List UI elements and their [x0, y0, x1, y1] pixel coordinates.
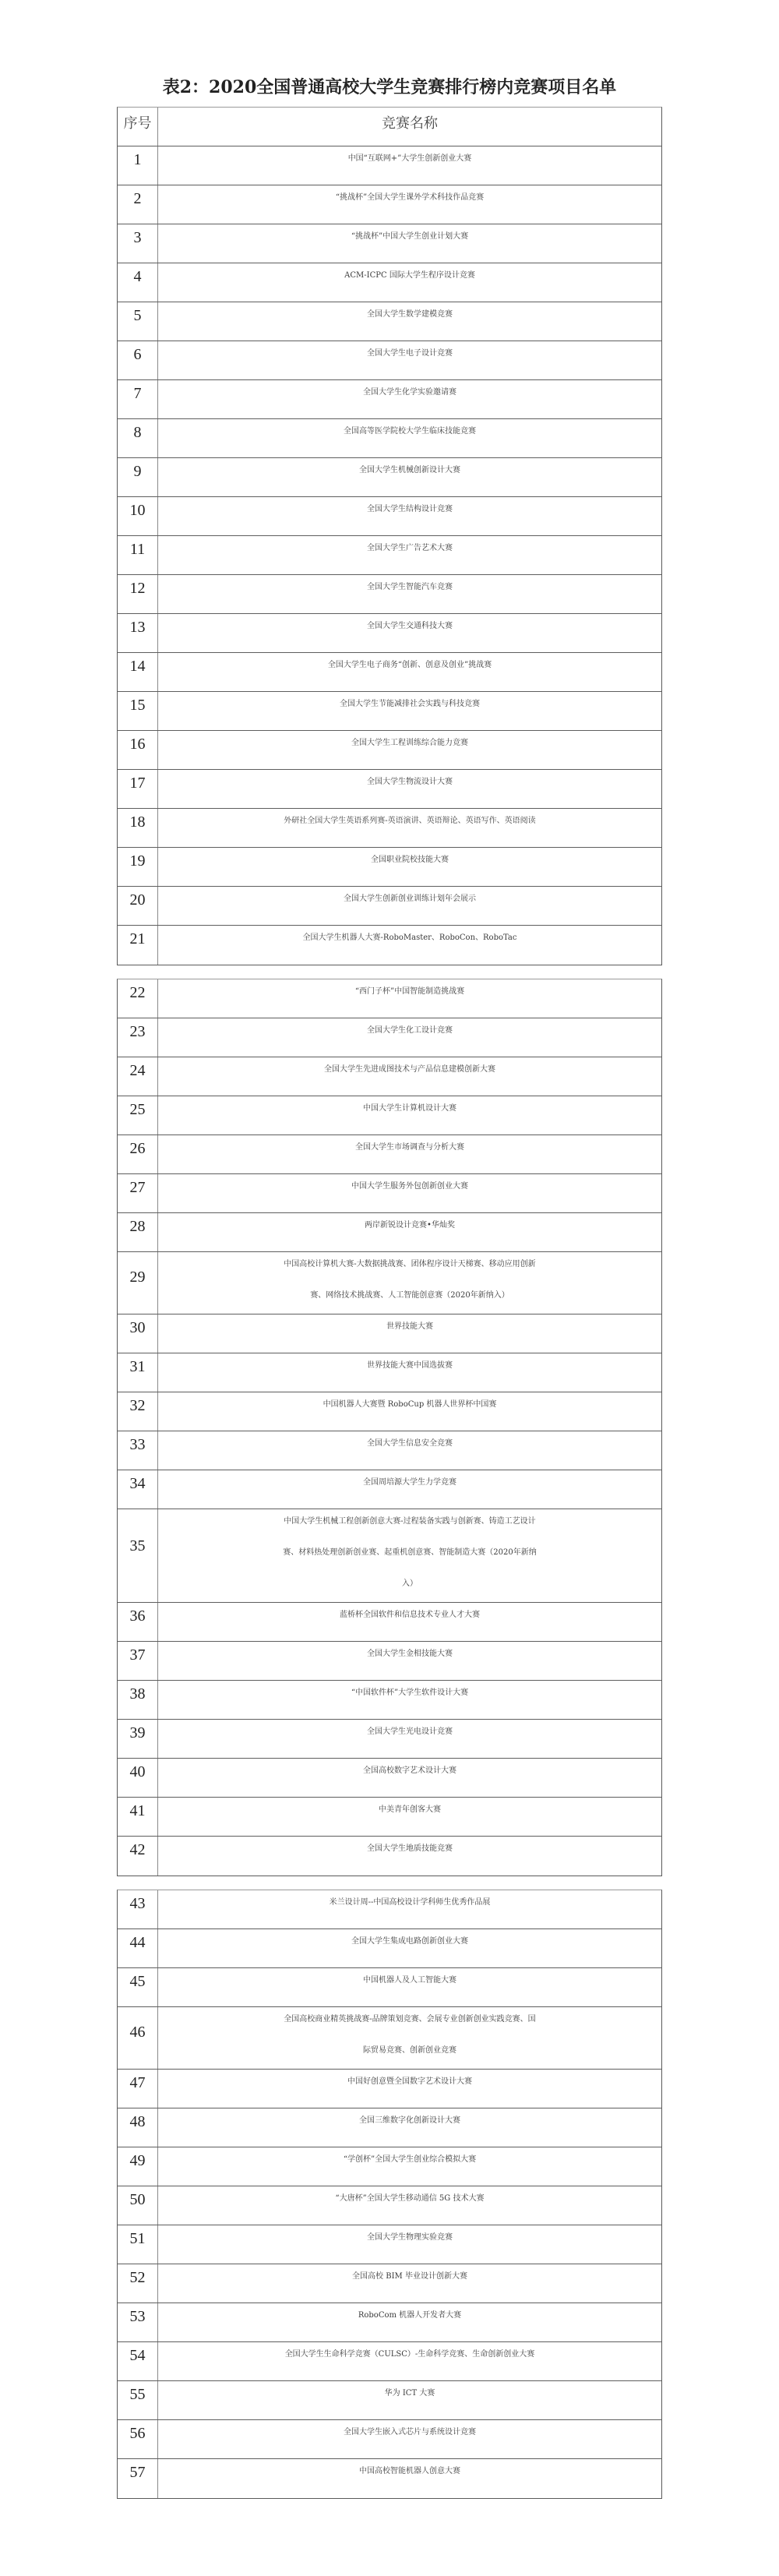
competition-name-line: 世界技能大赛	[158, 1315, 661, 1346]
competition-name: 全国高校商业精英挑战赛-品牌策划竞赛、会展专业创新创业实践竞赛、国际贸易竞赛、创…	[158, 2007, 661, 2069]
competition-name: 全国高等医学院校大学生临床技能竞赛	[158, 419, 661, 457]
header-name: 竞赛名称	[158, 108, 661, 146]
competition-name-line: 蓝桥杯全国软件和信息技术专业人才大赛	[158, 1604, 661, 1635]
table-row: 37全国大学生金相技能大赛	[118, 1642, 661, 1681]
table-row: 14全国大学生电子商务“创新、创意及创业”挑战赛	[118, 653, 661, 692]
row-number: 2	[118, 185, 158, 224]
table-row: 55华为 ICT 大赛	[118, 2381, 661, 2420]
competition-name-line: 全国大学生电子设计竞赛	[158, 342, 661, 373]
row-number: 13	[118, 614, 158, 652]
competition-name-line: 全国大学生化学实验邀请赛	[158, 381, 661, 412]
competition-name: 世界技能大赛	[158, 1314, 661, 1353]
competition-name-line: 中国大学生服务外包创新创业大赛	[158, 1175, 661, 1206]
competition-name-line: “挑战杯”中国大学生创业计划大赛	[158, 225, 661, 256]
competition-name-line: 全国大学生物理实验竞赛	[158, 2226, 661, 2257]
competition-name-line: 全国大学生交通科技大赛	[158, 615, 661, 646]
row-number: 21	[118, 926, 158, 965]
table-row: 6全国大学生电子设计竞赛	[118, 341, 661, 380]
competition-name-line: 全国大学生机械创新设计大赛	[158, 459, 661, 490]
competition-name: 全国大学生机械创新设计大赛	[158, 458, 661, 496]
row-number: 1	[118, 146, 158, 185]
competition-name: 全国大学生创新创业训练计划年会展示	[158, 887, 661, 925]
competition-table-2: 22“西门子杯”中国智能制造挑战赛23全国大学生化工设计竞赛24全国大学生先进成…	[117, 979, 662, 1876]
competition-name: 外研社全国大学生英语系列赛-英语演讲、英语辩论、英语写作、英语阅读	[158, 809, 661, 847]
row-number: 4	[118, 263, 158, 302]
competition-name-line: 全国大学生地质技能竞赛	[158, 1837, 661, 1868]
competition-name: 全国大学生市场调查与分析大赛	[158, 1135, 661, 1173]
competition-name-line: 全国高校 BIM 毕业设计创新大赛	[158, 2265, 661, 2296]
competition-name-line: 全国大学生先进成图技术与产品信息建模创新大赛	[158, 1058, 661, 1089]
row-number: 56	[118, 2420, 158, 2458]
competition-name-line: 两岸新锐设计竞赛•华灿奖	[158, 1214, 661, 1245]
competition-name-line: 全国职业院校技能大赛	[158, 849, 661, 880]
competition-name-line: 全国大学生市场调查与分析大赛	[158, 1136, 661, 1167]
table-row: 56全国大学生嵌入式芯片与系统设计竞赛	[118, 2420, 661, 2459]
row-number: 7	[118, 380, 158, 418]
row-number: 15	[118, 692, 158, 730]
competition-name-line: 全国大学生结构设计竞赛	[158, 498, 661, 529]
table-row: 33全国大学生信息安全竞赛	[118, 1431, 661, 1470]
competition-name: 全国大学生物理实验竞赛	[158, 2225, 661, 2264]
competition-name: 蓝桥杯全国软件和信息技术专业人才大赛	[158, 1603, 661, 1641]
table-row: 42全国大学生地质技能竞赛	[118, 1837, 661, 1876]
row-number: 18	[118, 809, 158, 847]
competition-name-line: 米兰设计周--中国高校设计学科师生优秀作品展	[158, 1891, 661, 1922]
table-row: 44全国大学生集成电路创新创业大赛	[118, 1929, 661, 1968]
competition-name: 中国好创意暨全国数字艺术设计大赛	[158, 2070, 661, 2108]
competition-name-line: “中国软件杯”大学生软件设计大赛	[158, 1681, 661, 1713]
row-number: 57	[118, 2459, 158, 2498]
row-number: 19	[118, 848, 158, 886]
competition-name-line: “挑战杯”全国大学生课外学术科技作品竞赛	[158, 186, 661, 217]
table-row: 11全国大学生广告艺术大赛	[118, 536, 661, 575]
competition-name-line: 全国大学生化工设计竞赛	[158, 1019, 661, 1050]
competition-name: 世界技能大赛中国选拔赛	[158, 1353, 661, 1392]
row-number: 48	[118, 2108, 158, 2147]
row-number: 40	[118, 1759, 158, 1797]
competition-name-line: 中国机器人及人工智能大赛	[158, 1969, 661, 2000]
table-row: 38“中国软件杯”大学生软件设计大赛	[118, 1681, 661, 1720]
table-row: 16全国大学生工程训练综合能力竞赛	[118, 731, 661, 770]
competition-name: 全国大学生光电设计竞赛	[158, 1720, 661, 1758]
row-number: 35	[118, 1509, 158, 1602]
competition-name-line: 全国大学生工程训练综合能力竞赛	[158, 732, 661, 763]
competition-name: 中国高校计算机大赛-大数据挑战赛、团体程序设计天梯赛、移动应用创新赛、网络技术挑…	[158, 1252, 661, 1314]
row-number: 5	[118, 302, 158, 341]
competition-name: 米兰设计周--中国高校设计学科师生优秀作品展	[158, 1890, 661, 1928]
competition-name-line: 全国高校数字艺术设计大赛	[158, 1759, 661, 1791]
row-number: 23	[118, 1018, 158, 1057]
competition-name-line: 入）	[158, 1572, 661, 1602]
competition-name-line: “大唐杯”全国大学生移动通信 5G 技术大赛	[158, 2187, 661, 2218]
row-number: 32	[118, 1392, 158, 1431]
table-row: 36蓝桥杯全国软件和信息技术专业人才大赛	[118, 1603, 661, 1642]
table-row: 47中国好创意暨全国数字艺术设计大赛	[118, 2070, 661, 2108]
competition-name: “挑战杯”全国大学生课外学术科技作品竞赛	[158, 185, 661, 224]
table-row: 30世界技能大赛	[118, 1314, 661, 1353]
competition-name: 全国大学生机器人大赛-RoboMaster、RoboCon、RoboTac	[158, 926, 661, 965]
table-row: 31世界技能大赛中国选拔赛	[118, 1353, 661, 1392]
competition-name-line: 中国好创意暨全国数字艺术设计大赛	[158, 2070, 661, 2101]
table-row: 1中国“互联网+”大学生创新创业大赛	[118, 146, 661, 185]
competition-name-line: 全国大学生节能减排社会实践与科技竞赛	[158, 693, 661, 724]
table-row: 20全国大学生创新创业训练计划年会展示	[118, 887, 661, 926]
table-row: 50“大唐杯”全国大学生移动通信 5G 技术大赛	[118, 2186, 661, 2225]
row-number: 37	[118, 1642, 158, 1680]
competition-name: 中国机器人大赛暨 RoboCup 机器人世界杯中国赛	[158, 1392, 661, 1431]
row-number: 9	[118, 458, 158, 496]
competition-name: 全国大学生集成电路创新创业大赛	[158, 1929, 661, 1967]
competition-name: RoboCom 机器人开发者大赛	[158, 2303, 661, 2341]
competition-name: 中美青年创客大赛	[158, 1798, 661, 1836]
table-row: 41中美青年创客大赛	[118, 1798, 661, 1837]
competition-name: 全国大学生工程训练综合能力竞赛	[158, 731, 661, 769]
table-row: 24全国大学生先进成图技术与产品信息建模创新大赛	[118, 1057, 661, 1096]
competition-name: 全国大学生物流设计大赛	[158, 770, 661, 808]
competition-name: 全国大学生信息安全竞赛	[158, 1431, 661, 1470]
row-number: 45	[118, 1968, 158, 2006]
row-number: 30	[118, 1314, 158, 1353]
competition-name: “大唐杯”全国大学生移动通信 5G 技术大赛	[158, 2186, 661, 2225]
competition-name: 两岸新锐设计竞赛•华灿奖	[158, 1213, 661, 1251]
competition-name-line: 全国大学生物流设计大赛	[158, 771, 661, 802]
competition-name: 中国“互联网+”大学生创新创业大赛	[158, 146, 661, 185]
competition-name-line: 赛、网络技术挑战赛、人工智能创意赛（2020年新纳入）	[158, 1284, 661, 1314]
competition-name-line: 中美青年创客大赛	[158, 1798, 661, 1830]
competition-name: “中国软件杯”大学生软件设计大赛	[158, 1681, 661, 1719]
row-number: 28	[118, 1213, 158, 1251]
table-row: 46全国高校商业精英挑战赛-品牌策划竞赛、会展专业创新创业实践竞赛、国际贸易竞赛…	[118, 2007, 661, 2070]
table-row: 21全国大学生机器人大赛-RoboMaster、RoboCon、RoboTac	[118, 926, 661, 965]
table-row: 57中国高校智能机器人创意大赛	[118, 2459, 661, 2498]
table-row: 3“挑战杯”中国大学生创业计划大赛	[118, 224, 661, 263]
table-row: 45中国机器人及人工智能大赛	[118, 1968, 661, 2007]
competition-name-line: 全国大学生光电设计竞赛	[158, 1720, 661, 1752]
row-number: 20	[118, 887, 158, 925]
row-number: 43	[118, 1890, 158, 1928]
competition-name-line: 全国大学生数学建模竞赛	[158, 303, 661, 334]
competition-name-line: ACM-ICPC 国际大学生程序设计竞赛	[158, 264, 661, 295]
competition-name-line: 中国“互联网+”大学生创新创业大赛	[158, 147, 661, 178]
competition-name-line: 中国高校计算机大赛-大数据挑战赛、团体程序设计天梯赛、移动应用创新	[158, 1253, 661, 1284]
row-number: 27	[118, 1174, 158, 1212]
row-number: 11	[118, 536, 158, 574]
table-row: 23全国大学生化工设计竞赛	[118, 1018, 661, 1057]
competition-name: 中国大学生机械工程创新创意大赛-过程装备实践与创新赛、铸造工艺设计赛、材料热处理…	[158, 1509, 661, 1602]
competition-name-line: 华为 ICT 大赛	[158, 2382, 661, 2413]
table-row: 39全国大学生光电设计竞赛	[118, 1720, 661, 1759]
row-number: 42	[118, 1837, 158, 1876]
table-row: 27中国大学生服务外包创新创业大赛	[118, 1174, 661, 1213]
competition-name-line: 全国三维数字化创新设计大赛	[158, 2109, 661, 2140]
row-number: 10	[118, 497, 158, 535]
table-row: 49“学创杯”全国大学生创业综合模拟大赛	[118, 2147, 661, 2186]
table-row: 28两岸新锐设计竞赛•华灿奖	[118, 1213, 661, 1252]
table-row: 15全国大学生节能减排社会实践与科技竞赛	[118, 692, 661, 731]
page-title: 表2：2020全国普通高校大学生竞赛排行榜内竞赛项目名单	[0, 76, 779, 98]
row-number: 16	[118, 731, 158, 769]
table-row: 19全国职业院校技能大赛	[118, 848, 661, 887]
row-number: 14	[118, 653, 158, 691]
competition-name: 中国高校智能机器人创意大赛	[158, 2459, 661, 2498]
table-row: 2“挑战杯”全国大学生课外学术科技作品竞赛	[118, 185, 661, 224]
competition-name: 中国大学生计算机设计大赛	[158, 1096, 661, 1134]
competition-name-line: 全国大学生智能汽车竞赛	[158, 576, 661, 607]
competition-name-line: RoboCom 机器人开发者大赛	[158, 2304, 661, 2335]
row-number: 46	[118, 2007, 158, 2069]
competition-name-line: 全国周培源大学生力学竞赛	[158, 1471, 661, 1502]
competition-name-line: 外研社全国大学生英语系列赛-英语演讲、英语辩论、英语写作、英语阅读	[158, 810, 661, 841]
row-number: 25	[118, 1096, 158, 1134]
row-number: 6	[118, 341, 158, 379]
table-row: 53RoboCom 机器人开发者大赛	[118, 2303, 661, 2342]
row-number: 31	[118, 1353, 158, 1392]
competition-name: 全国大学生化学实验邀请赛	[158, 380, 661, 418]
competition-name: 全国职业院校技能大赛	[158, 848, 661, 886]
row-number: 33	[118, 1431, 158, 1470]
competition-name: 全国三维数字化创新设计大赛	[158, 2108, 661, 2147]
competition-name-line: 全国大学生广告艺术大赛	[158, 537, 661, 568]
competition-name: 全国大学生数学建模竞赛	[158, 302, 661, 341]
table-row: 34全国周培源大学生力学竞赛	[118, 1470, 661, 1509]
table-row: 10全国大学生结构设计竞赛	[118, 497, 661, 536]
competition-name-line: 中国机器人大赛暨 RoboCup 机器人世界杯中国赛	[158, 1393, 661, 1424]
row-number: 51	[118, 2225, 158, 2264]
competition-name: 全国大学生金相技能大赛	[158, 1642, 661, 1680]
table-row: 43米兰设计周--中国高校设计学科师生优秀作品展	[118, 1890, 661, 1929]
competition-name: 全国大学生节能减排社会实践与科技竞赛	[158, 692, 661, 730]
row-number: 39	[118, 1720, 158, 1758]
table-row: 29中国高校计算机大赛-大数据挑战赛、团体程序设计天梯赛、移动应用创新赛、网络技…	[118, 1252, 661, 1314]
competition-name: 全国大学生地质技能竞赛	[158, 1837, 661, 1876]
competition-name-line: 赛、材料热处理创新创业赛、起重机创意赛、智能制造大赛（2020年新纳	[158, 1541, 661, 1572]
competition-name-line: 全国高校商业精英挑战赛-品牌策划竞赛、会展专业创新创业实践竞赛、国	[158, 2008, 661, 2039]
row-number: 17	[118, 770, 158, 808]
row-number: 38	[118, 1681, 158, 1719]
competition-name: 全国高校 BIM 毕业设计创新大赛	[158, 2264, 661, 2303]
competition-name: 全国大学生嵌入式芯片与系统设计竞赛	[158, 2420, 661, 2458]
table-row: 52全国高校 BIM 毕业设计创新大赛	[118, 2264, 661, 2303]
competition-name-line: 全国大学生集成电路创新创业大赛	[158, 1930, 661, 1961]
row-number: 55	[118, 2381, 158, 2419]
competition-name: ACM-ICPC 国际大学生程序设计竞赛	[158, 263, 661, 302]
competition-name-line: 全国大学生创新创业训练计划年会展示	[158, 887, 661, 919]
table-row: 12全国大学生智能汽车竞赛	[118, 575, 661, 614]
row-number: 34	[118, 1470, 158, 1509]
row-number: 12	[118, 575, 158, 613]
table-row: 26全国大学生市场调查与分析大赛	[118, 1135, 661, 1174]
competition-name: “挑战杯”中国大学生创业计划大赛	[158, 224, 661, 263]
row-number: 3	[118, 224, 158, 263]
row-number: 8	[118, 419, 158, 457]
competition-name: 全国大学生交通科技大赛	[158, 614, 661, 652]
competition-name: 全国大学生电子设计竞赛	[158, 341, 661, 379]
row-number: 54	[118, 2342, 158, 2380]
row-number: 22	[118, 979, 158, 1018]
row-number: 36	[118, 1603, 158, 1641]
competition-name: 全国大学生先进成图技术与产品信息建模创新大赛	[158, 1057, 661, 1096]
table-row: 17全国大学生物流设计大赛	[118, 770, 661, 809]
row-number: 44	[118, 1929, 158, 1967]
table-row: 32中国机器人大赛暨 RoboCup 机器人世界杯中国赛	[118, 1392, 661, 1431]
row-number: 47	[118, 2070, 158, 2108]
competition-name: 全国大学生智能汽车竞赛	[158, 575, 661, 613]
competition-name: 全国大学生广告艺术大赛	[158, 536, 661, 574]
table-row: 18外研社全国大学生英语系列赛-英语演讲、英语辩论、英语写作、英语阅读	[118, 809, 661, 848]
row-number: 24	[118, 1057, 158, 1096]
table-row: 7全国大学生化学实验邀请赛	[118, 380, 661, 419]
competition-name: 中国机器人及人工智能大赛	[158, 1968, 661, 2006]
table-row: 22“西门子杯”中国智能制造挑战赛	[118, 979, 661, 1018]
table-row: 48全国三维数字化创新设计大赛	[118, 2108, 661, 2147]
competition-name-line: 全国大学生信息安全竞赛	[158, 1432, 661, 1463]
competition-name: 全国大学生化工设计竞赛	[158, 1018, 661, 1057]
competition-table-1: 序号竞赛名称1中国“互联网+”大学生创新创业大赛2“挑战杯”全国大学生课外学术科…	[117, 107, 662, 965]
table-row: 5全国大学生数学建模竞赛	[118, 302, 661, 341]
table-row: 8全国高等医学院校大学生临床技能竞赛	[118, 419, 661, 458]
competition-name: “学创杯”全国大学生创业综合模拟大赛	[158, 2147, 661, 2186]
competition-name-line: 全国大学生生命科学竞赛（CULSC）-生命科学竞赛、生命创新创业大赛	[158, 2343, 661, 2374]
table-row: 51全国大学生物理实验竞赛	[118, 2225, 661, 2264]
table-row: 25中国大学生计算机设计大赛	[118, 1096, 661, 1135]
competition-table-3: 43米兰设计周--中国高校设计学科师生优秀作品展44全国大学生集成电路创新创业大…	[117, 1890, 662, 2499]
table-row: 54全国大学生生命科学竞赛（CULSC）-生命科学竞赛、生命创新创业大赛	[118, 2342, 661, 2381]
table-row: 13全国大学生交通科技大赛	[118, 614, 661, 653]
competition-name-line: 际贸易竞赛、创新创业竞赛	[158, 2039, 661, 2069]
competition-name: 全国大学生结构设计竞赛	[158, 497, 661, 535]
table-header-row: 序号竞赛名称	[118, 108, 661, 146]
competition-name-line: “学创杯”全国大学生创业综合模拟大赛	[158, 2148, 661, 2179]
competition-name: 全国大学生生命科学竞赛（CULSC）-生命科学竞赛、生命创新创业大赛	[158, 2342, 661, 2380]
row-number: 53	[118, 2303, 158, 2341]
competition-name: 全国周培源大学生力学竞赛	[158, 1470, 661, 1509]
competition-name: 中国大学生服务外包创新创业大赛	[158, 1174, 661, 1212]
competition-name: 全国大学生电子商务“创新、创意及创业”挑战赛	[158, 653, 661, 691]
row-number: 52	[118, 2264, 158, 2303]
row-number: 29	[118, 1252, 158, 1314]
table-row: 4ACM-ICPC 国际大学生程序设计竞赛	[118, 263, 661, 302]
competition-name-line: “西门子杯”中国智能制造挑战赛	[158, 980, 661, 1011]
header-number: 序号	[118, 108, 158, 146]
competition-name: 全国高校数字艺术设计大赛	[158, 1759, 661, 1797]
competition-name-line: 全国大学生嵌入式芯片与系统设计竞赛	[158, 2421, 661, 2452]
competition-name-line: 全国大学生机器人大赛-RoboMaster、RoboCon、RoboTac	[158, 926, 661, 958]
table-row: 35中国大学生机械工程创新创意大赛-过程装备实践与创新赛、铸造工艺设计赛、材料热…	[118, 1509, 661, 1603]
table-row: 9全国大学生机械创新设计大赛	[118, 458, 661, 497]
competition-name-line: 中国高校智能机器人创意大赛	[158, 2460, 661, 2491]
table-row: 40全国高校数字艺术设计大赛	[118, 1759, 661, 1798]
competition-name: “西门子杯”中国智能制造挑战赛	[158, 979, 661, 1018]
competition-name-line: 全国高等医学院校大学生临床技能竞赛	[158, 420, 661, 451]
row-number: 50	[118, 2186, 158, 2225]
row-number: 26	[118, 1135, 158, 1173]
row-number: 49	[118, 2147, 158, 2186]
competition-name-line: 全国大学生电子商务“创新、创意及创业”挑战赛	[158, 654, 661, 685]
competition-name-line: 中国大学生计算机设计大赛	[158, 1097, 661, 1128]
row-number: 41	[118, 1798, 158, 1836]
competition-name: 华为 ICT 大赛	[158, 2381, 661, 2419]
competition-name-line: 中国大学生机械工程创新创意大赛-过程装备实践与创新赛、铸造工艺设计	[158, 1510, 661, 1541]
competition-name-line: 世界技能大赛中国选拔赛	[158, 1354, 661, 1385]
competition-name-line: 全国大学生金相技能大赛	[158, 1643, 661, 1674]
